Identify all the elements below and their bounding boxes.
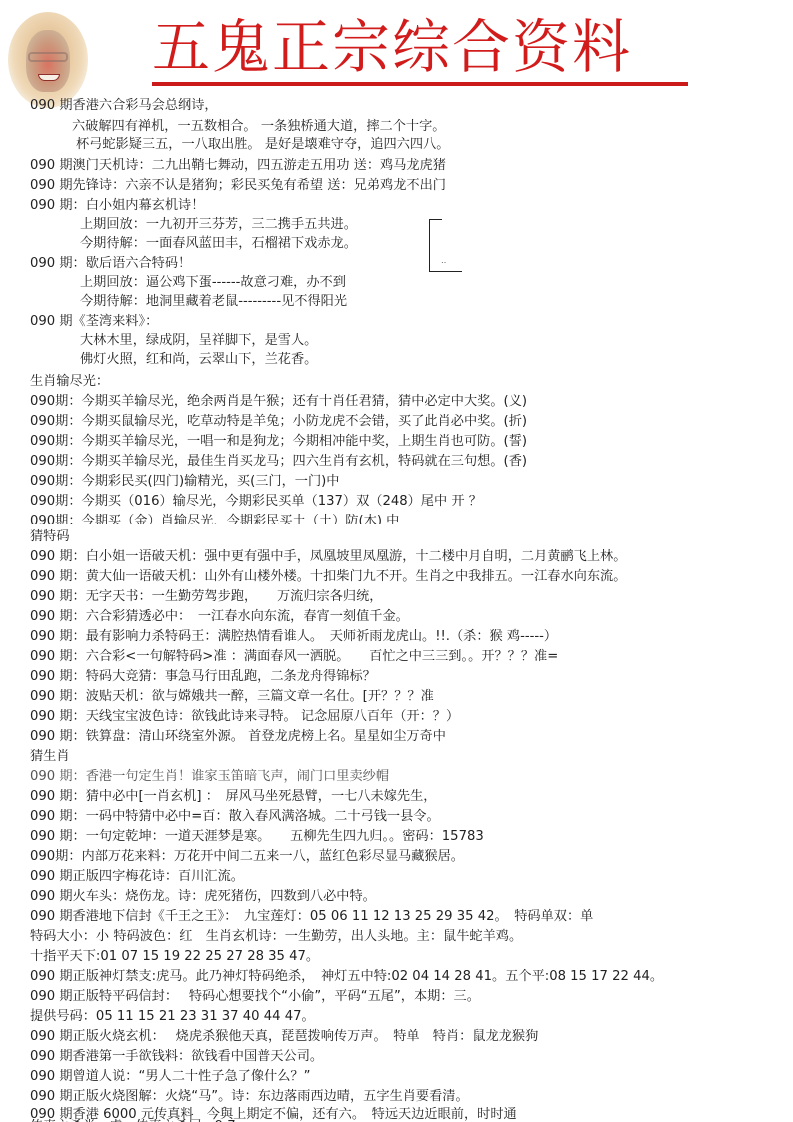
text-line: 090期：今期买羊输尽光，绝余两肖是午猴；还有十肖任君猜，猜中必定中大奖。(义) — [30, 393, 527, 411]
section-heading: 猜生肖 — [30, 748, 70, 766]
text-line: 090 期：天线宝宝波色诗：欲钱此诗来寻特。 记念屈原八百年（开：？） — [30, 708, 459, 726]
text-line: 090 期正版神灯禁支:虎马。此乃神灯特码绝杀， 神灯五中特:02 04 14 … — [30, 968, 663, 986]
text-line: 090 期：六合彩猜透必中： 一江春水向东流，春宵一刻值千金。 — [30, 608, 409, 626]
poem-line: 六破解四有禅机，一五数相合。 一条独桥通大道，摔二个十字。 — [72, 118, 445, 136]
page-title: 五鬼正宗综合资料 — [152, 14, 632, 80]
text-line: 090期：今期买（金）肖输尽光，今期彩民买土（土）防(木) 中 — [30, 513, 399, 524]
text-line: 090 期：一句定乾坤：一道天涯梦是寒。 五柳先生四九归。。密码：15783 — [30, 828, 484, 846]
poem-line: 大林木里，绿成阴，呈祥脚下，是雪人。 — [80, 332, 317, 350]
poem-line: 上期回放：逼公鸡下蛋------故意刁难，办不到 — [80, 274, 346, 292]
bracket-mark: ‥ — [441, 256, 446, 265]
section-heading: 猜特码 — [30, 528, 70, 546]
text-line: 090 期：歇后语六合特码！ — [30, 255, 191, 273]
text-line: 090 期：无字天书：一生勤劳驾步跑， 万流归宗各归统， — [30, 588, 382, 606]
text-line: 090 期澳门天机诗：二九出鞘七舞动，四五游走五用功 送：鸡马龙虎猪 — [30, 157, 446, 175]
text-line: 十指平天下:01 07 15 19 22 25 27 28 35 47。 — [30, 948, 319, 966]
text-line: 传真之杀肖：虎 传真之杀尾：9 7 — [30, 1118, 236, 1122]
text-line: 090 期正版特平码信封： 特码心想要找个“小偷”，平码“五尾”，本期：三。 — [30, 988, 480, 1006]
avatar-portrait — [8, 12, 88, 108]
text-line: 090期：今期买鼠输尽光，吃草动特是羊兔；小防龙虎不会错，买了此肖必中奖。(折) — [30, 413, 527, 431]
text-line: 090 期：白小姐一语破天机：强中更有强中手，凤凰坡里凤凰游，十二楼中月自明，二… — [30, 548, 626, 566]
poem-line: 今期待解：一面春风蓝田丰，石榴裙下戏赤龙。 — [80, 235, 357, 253]
text-line: 090 期正版火烧玄机： 烧虎杀猴他天真，琵琶拨响传万声。 特单 特肖：鼠龙龙猴… — [30, 1028, 538, 1046]
section-heading: 生肖输尽光： — [30, 373, 109, 391]
text-line: 090 期香港六合彩马会总纲诗， — [30, 97, 218, 115]
text-line: 090期：今期买羊输尽光，最佳生肖买龙马；四六生肖有玄机，特码就在三句想。(香) — [30, 453, 527, 471]
text-line: 090期：今期买羊输尽光，一唱一和是狗龙；今期相冲能中奖，上期生肖也可防。(誓) — [30, 433, 527, 451]
text-line: 090 期：香港一句定生肖！谁家玉笛暗飞声，闹门口里卖纱帽 — [30, 768, 389, 786]
poem-line: 上期回放：一九初开三芬芳，三二携手五共进。 — [80, 216, 357, 234]
text-line: 090 期：最有影响力杀特码王：满腔热情看谁人。 天师祈雨龙虎山。!!.（杀：猴… — [30, 628, 557, 646]
text-line: 090期：今期买（016）输尽光，今期彩民买单（137）双（248）尾中 开 ？ — [30, 493, 482, 511]
text-line: 090期：内部万花来料：万花开中间二五来一八，蓝红色彩尽显马藏猴居。 — [30, 848, 464, 866]
text-line: 090 期正版火烧图解：火烧“马”。诗：东边落雨西边晴，五字生肖要看清。 — [30, 1088, 469, 1106]
avatar-mouth — [38, 74, 60, 81]
poem-line: 今期待解：地洞里藏着老鼠---------见不得阳光 — [80, 293, 347, 311]
text-line: 090 期曾道人说：“男人二十性子急了像什么？” — [30, 1068, 310, 1086]
poem-line: 佛灯火照，红和尚，云翠山下，兰花香。 — [80, 351, 317, 369]
text-line: 090 期：铁算盘：清山环绕室外源。 首登龙虎榜上名。星星如尘万奇中 — [30, 728, 446, 746]
text-line: 提供号码：05 11 15 21 23 31 37 40 44 47。 — [30, 1008, 315, 1026]
text-line: 090 期先锋诗：六亲不认是猪狗；彩民买兔有希望 送：兄弟鸡龙不出门 — [30, 177, 446, 195]
text-line: 090 期火车头：烧伤龙。诗：虎死猪伤，四数到八必中特。 — [30, 888, 376, 906]
text-line: 090 期：特码大竞猜：事急马行田乱跑，二条龙舟得锦标？ — [30, 668, 376, 686]
text-line: 090 期：一码中特猜中必中=百：散入春风满洛城。二十弓钱一县令。 — [30, 808, 440, 826]
text-line: 090 期：六合彩<一句解特码>准 ：满面春风一洒脱。 百忙之中三三到。。开？？… — [30, 648, 558, 666]
text-line: 090期：今期彩民买(四门)输精光，买(三门，一门)中 — [30, 473, 340, 491]
text-line: 090 期：白小姐内幕玄机诗！ — [30, 197, 204, 215]
text-line: 090 期：猜中必中[一肖玄机] ： 屏风马坐死悬臂，一七八未嫁先生， — [30, 788, 437, 806]
text-line: 090 期《荃湾来料》： — [30, 313, 158, 331]
text-line: 090 期：波贴天机：欲与嫦娥共一醉，三篇文章一名仕。[开？？？准 — [30, 688, 434, 706]
text-line: 090 期香港地下信封《千王之王》： 九宝莲灯：05 06 11 12 13 2… — [30, 908, 593, 926]
text-line: 特码大小：小 特码波色：红 生肖玄机诗：一生勤劳，出人头地。主：鼠牛蛇羊鸡。 — [30, 928, 522, 946]
title-underline — [152, 82, 688, 86]
text-line: 090 期：黄大仙一语破天机：山外有山楼外楼。十扣柴门九不开。生肖之中我排五。一… — [30, 568, 626, 586]
poem-line: 杯弓蛇影疑三五，一八取出胜。 是好是壊难守夺，追四六四八。 — [76, 136, 449, 154]
avatar-glasses — [28, 52, 68, 62]
text-line: 090 期正版四字梅花诗：百川汇流。 — [30, 868, 244, 886]
text-line: 090 期香港第一手欲钱料：欲钱看中国普天公司。 — [30, 1048, 323, 1066]
